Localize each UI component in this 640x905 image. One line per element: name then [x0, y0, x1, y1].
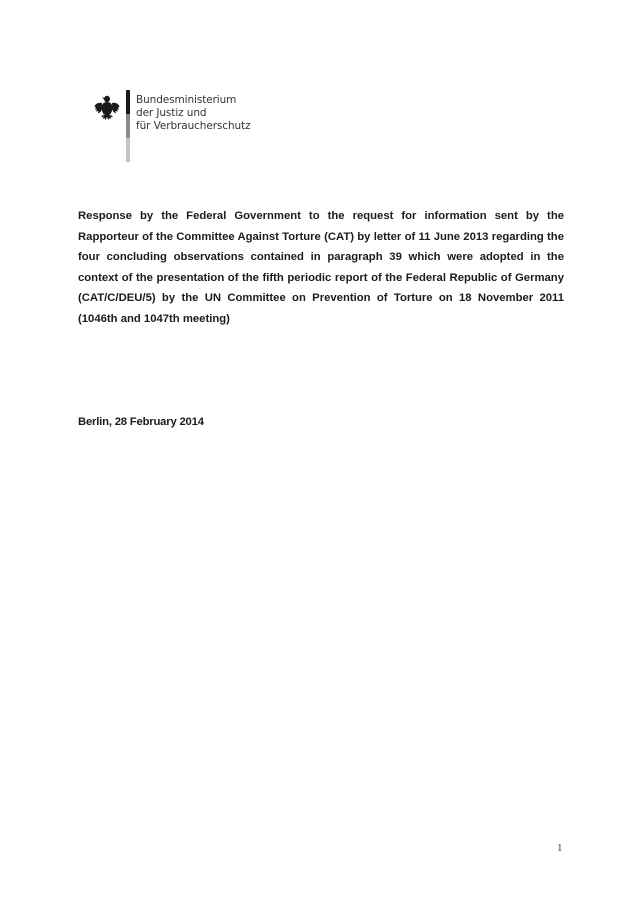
document-page: Bundesministerium der Justiz und für Ver… [0, 0, 640, 905]
ministry-logo: Bundesministerium der Justiz und für Ver… [94, 90, 264, 164]
document-title: Response by the Federal Government to th… [78, 206, 564, 329]
ministry-name-line-2: der Justiz und [136, 107, 251, 120]
flag-bar [126, 90, 130, 162]
place-and-date: Berlin, 28 February 2014 [78, 412, 204, 432]
flag-segment-black [126, 90, 130, 114]
ministry-name-line-1: Bundesministerium [136, 94, 251, 107]
ministry-name-line-3: für Verbraucherschutz [136, 120, 251, 133]
federal-eagle-icon [94, 94, 120, 122]
document-title-text: Response by the Federal Government to th… [78, 206, 564, 329]
page-number: 1 [557, 842, 563, 854]
flag-segment-gold [126, 138, 130, 162]
ministry-name: Bundesministerium der Justiz und für Ver… [136, 94, 251, 133]
flag-segment-red [126, 114, 130, 138]
